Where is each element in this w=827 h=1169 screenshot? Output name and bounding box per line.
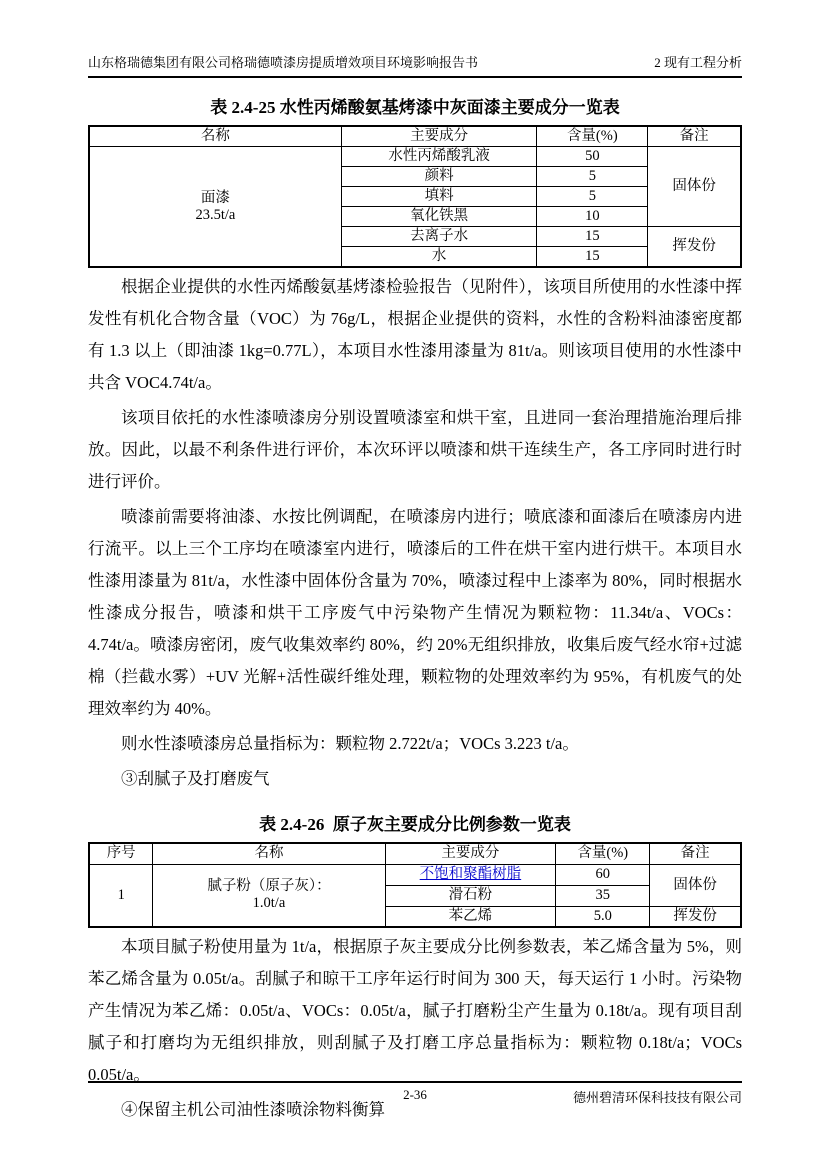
- report-title-text: 山东格瑞德集团有限公司格瑞德喷漆房提质增效项目环境影响报告书: [88, 52, 478, 71]
- component-cell: 苯乙烯: [385, 906, 556, 927]
- paragraph-total-index: 则水性漆喷漆房总量指标为：颗粒物 2.722t/a；VOCs 3.223 t/a…: [88, 728, 742, 760]
- page-footer: 2-36 德州碧清环保科技技有限公司: [88, 1081, 742, 1106]
- resin-link[interactable]: 不饱和聚酯树脂: [420, 866, 522, 882]
- remark-cell-volatile: 挥发份: [648, 227, 741, 268]
- serial-cell: 1: [89, 864, 153, 927]
- component-cell: 不饱和聚酯树脂: [385, 864, 556, 885]
- column-header-name: 名称: [89, 126, 341, 147]
- remark-cell-solid: 固体份: [648, 147, 741, 227]
- content-cell: 10: [537, 207, 648, 227]
- table-header-row: 序号 名称 主要成分 含量(%) 备注: [89, 843, 741, 864]
- content-cell: 15: [537, 247, 648, 268]
- putty-composition-table: 序号 名称 主要成分 含量(%) 备注 1 腻子粉（原子灰）： 1.0t/a 不…: [88, 842, 742, 928]
- paint-name-cell: 面漆 23.5t/a: [89, 147, 341, 268]
- document-page: 山东格瑞德集团有限公司格瑞德喷漆房提质增效项目环境影响报告书 2 现有工程分析 …: [0, 0, 827, 1169]
- column-header-content: 含量(%): [556, 843, 650, 864]
- putty-name: 腻子粉（原子灰）：: [156, 878, 381, 895]
- content-cell: 5.0: [556, 906, 650, 927]
- column-header-component: 主要成分: [385, 843, 556, 864]
- column-header-name: 名称: [153, 843, 385, 864]
- column-header-content: 含量(%): [537, 126, 648, 147]
- column-header-serial: 序号: [89, 843, 153, 864]
- page-number: 2-36: [88, 1087, 742, 1103]
- content-cell: 5: [537, 167, 648, 187]
- content-cell: 50: [537, 147, 648, 167]
- column-header-remark: 备注: [650, 843, 741, 864]
- paint-amount: 23.5t/a: [93, 207, 338, 224]
- component-cell: 水性丙烯酸乳液: [341, 147, 537, 167]
- paragraph-putty-heading: ③刮腻子及打磨废气: [88, 763, 742, 795]
- column-header-component: 主要成分: [341, 126, 537, 147]
- component-cell: 填料: [341, 187, 537, 207]
- remark-cell-solid: 固体份: [650, 864, 741, 906]
- table-header-row: 名称 主要成分 含量(%) 备注: [89, 126, 741, 147]
- page-content: 山东格瑞德集团有限公司格瑞德喷漆房提质增效项目环境影响报告书 2 现有工程分析 …: [88, 52, 742, 1126]
- content-cell: 15: [537, 227, 648, 247]
- component-cell: 去离子水: [341, 227, 537, 247]
- content-cell: 5: [537, 187, 648, 207]
- paint-name: 面漆: [93, 190, 338, 207]
- table2-title: 表 2.4-26 原子灰主要成分比例参数一览表: [88, 810, 742, 835]
- paint-composition-table: 名称 主要成分 含量(%) 备注 面漆 23.5t/a 水性丙烯酸乳液 50 固…: [88, 125, 742, 268]
- paragraph-voc-content: 根据企业提供的水性丙烯酸氨基烤漆检验报告（见附件），该项目所使用的水性漆中挥发性…: [88, 271, 742, 399]
- paragraph-evaluation-condition: 该项目依托的水性漆喷漆房分别设置喷漆室和烘干室，且进同一套治理措施治理后排放。因…: [88, 402, 742, 498]
- remark-cell-volatile: 挥发份: [650, 906, 741, 927]
- content-cell: 35: [556, 885, 650, 906]
- table-row: 1 腻子粉（原子灰）： 1.0t/a 不饱和聚酯树脂 60 固体份: [89, 864, 741, 885]
- page-header: 山东格瑞德集团有限公司格瑞德喷漆房提质增效项目环境影响报告书 2 现有工程分析: [88, 52, 742, 78]
- table1-title: 表 2.4-25 水性丙烯酸氨基烤漆中灰面漆主要成分一览表: [88, 93, 742, 118]
- table-row: 面漆 23.5t/a 水性丙烯酸乳液 50 固体份: [89, 147, 741, 167]
- column-header-remark: 备注: [648, 126, 741, 147]
- component-cell: 滑石粉: [385, 885, 556, 906]
- component-cell: 氧化铁黑: [341, 207, 537, 227]
- component-cell: 水: [341, 247, 537, 268]
- component-cell: 颜料: [341, 167, 537, 187]
- putty-amount: 1.0t/a: [156, 895, 381, 912]
- chapter-label: 2 现有工程分析: [654, 52, 742, 71]
- putty-name-cell: 腻子粉（原子灰）： 1.0t/a: [153, 864, 385, 927]
- paragraph-spray-process: 喷漆前需要将油漆、水按比例调配，在喷漆房内进行；喷底漆和面漆后在喷漆房内进行流平…: [88, 501, 742, 725]
- paragraph-putty-calculation: 本项目腻子粉使用量为 1t/a，根据原子灰主要成分比例参数表，苯乙烯含量为 5%…: [88, 931, 742, 1091]
- content-cell: 60: [556, 864, 650, 885]
